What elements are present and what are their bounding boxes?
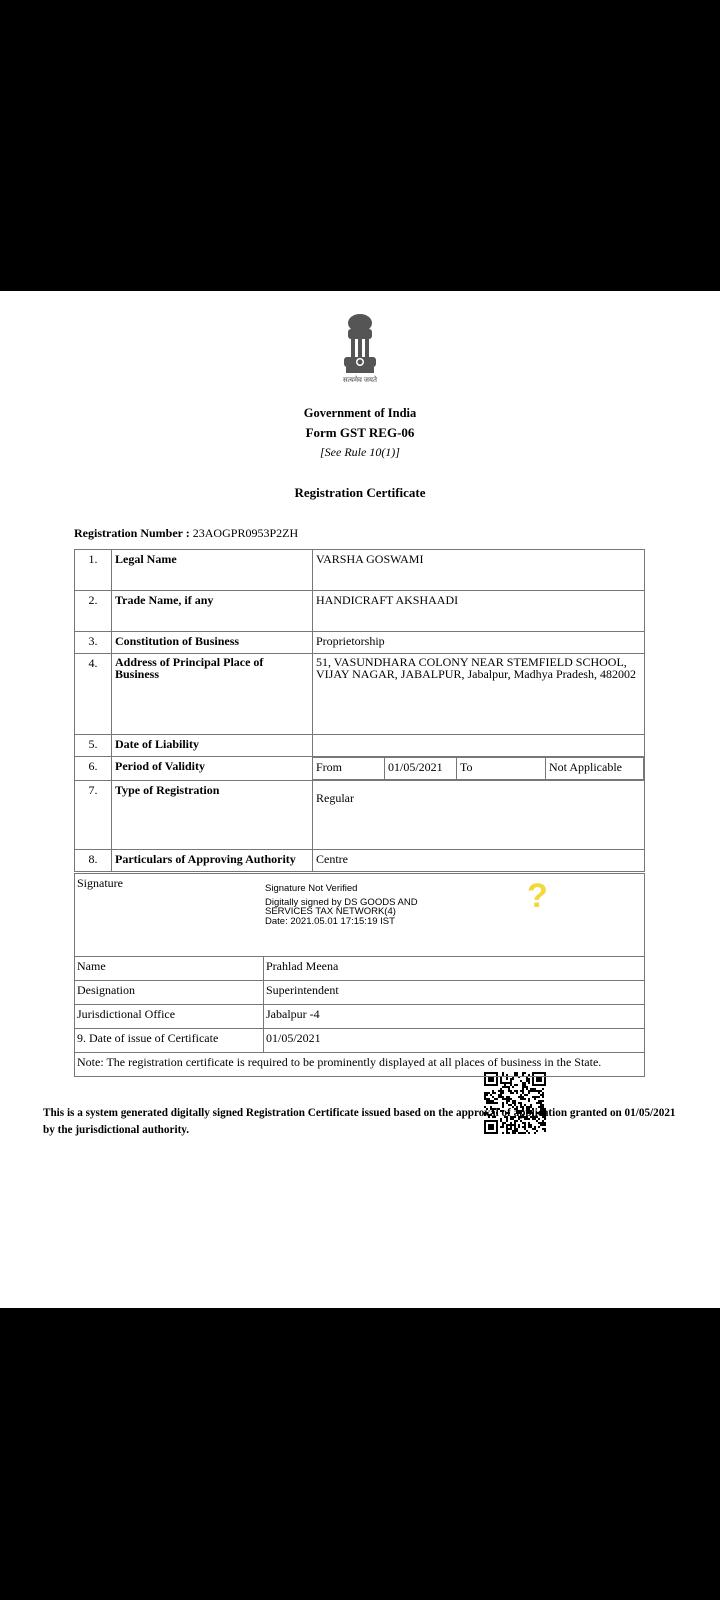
- row-number: 6.: [75, 757, 112, 781]
- registration-type-cell: Regular: [313, 781, 645, 850]
- signature-status: Signature Not Verified: [265, 884, 418, 894]
- to-date: Not Applicable: [546, 758, 644, 780]
- issue-date-value: 01/05/2021: [264, 1029, 645, 1053]
- row-number: 2.: [75, 591, 112, 632]
- row-label: Address of Principal Place of Business: [112, 654, 313, 735]
- table-row: Designation Superintendent: [75, 981, 645, 1005]
- table-row: 4. Address of Principal Place of Busines…: [75, 654, 645, 735]
- row-label: Type of Registration: [112, 781, 313, 850]
- row-label: Trade Name, if any: [112, 591, 313, 632]
- trade-name-value: HANDICRAFT AKSHAADI: [313, 591, 645, 632]
- table-row: 3. Constitution of Business Proprietorsh…: [75, 632, 645, 654]
- row-number: 4.: [75, 654, 112, 735]
- designation-value: Superintendent: [264, 981, 645, 1005]
- jurisdictional-office-value: Jabalpur -4: [264, 1005, 645, 1029]
- table-row: 9. Date of issue of Certificate 01/05/20…: [75, 1029, 645, 1053]
- row-label: Constitution of Business: [112, 632, 313, 654]
- display-note: Note: The registration certificate is re…: [75, 1053, 645, 1077]
- row-label: Period of Validity: [112, 757, 313, 781]
- row-label: Date of Liability: [112, 735, 313, 757]
- signature-date: Date: 2021.05.01 17:15:19 IST: [265, 917, 418, 927]
- certificate-page: सत्यमेव जयते Government of India Form GS…: [0, 291, 720, 1308]
- legal-name-value: VARSHA GOSWAMI: [313, 550, 645, 591]
- to-label: To: [457, 758, 546, 780]
- table-row: Name Prahlad Meena: [75, 957, 645, 981]
- liability-date-value: [313, 735, 645, 757]
- rule-reference: [See Rule 10(1)]: [0, 445, 720, 460]
- table-row: 2. Trade Name, if any HANDICRAFT AKSHAAD…: [75, 591, 645, 632]
- registration-number: Registration Number : 23AOGPR0953P2ZH: [74, 526, 298, 541]
- row-number: 1.: [75, 550, 112, 591]
- from-label: From: [313, 758, 385, 780]
- from-date: 01/05/2021: [385, 758, 457, 780]
- constitution-value: Proprietorship: [313, 632, 645, 654]
- officer-name-label: Name: [75, 957, 264, 981]
- address-value: 51, VASUNDHARA COLONY NEAR STEMFIELD SCH…: [313, 654, 645, 735]
- national-emblem-icon: [336, 311, 384, 381]
- certificate-title: Registration Certificate: [0, 485, 720, 501]
- motto: सत्यमेव जयते: [300, 376, 420, 385]
- issue-date-label: 9. Date of issue of Certificate: [75, 1029, 264, 1053]
- officer-name-value: Prahlad Meena: [264, 957, 645, 981]
- jurisdictional-office-label: Jurisdictional Office: [75, 1005, 264, 1029]
- row-number: 3.: [75, 632, 112, 654]
- row-label: Legal Name: [112, 550, 313, 591]
- system-generated-notice: This is a system generated digitally sig…: [43, 1105, 683, 1139]
- designation-label: Designation: [75, 981, 264, 1005]
- signature-cell: Signature Signature Not Verified Digital…: [75, 874, 645, 957]
- approving-authority-value: Centre: [313, 850, 645, 872]
- details-table: 1. Legal Name VARSHA GOSWAMI 2. Trade Na…: [74, 549, 645, 872]
- validity-table: From 01/05/2021 To Not Applicable: [313, 757, 644, 780]
- registration-number-label: Registration Number :: [74, 526, 190, 540]
- row-number: 8.: [75, 850, 112, 872]
- table-row: 8. Particulars of Approving Authority Ce…: [75, 850, 645, 872]
- signature-table: Signature Signature Not Verified Digital…: [74, 873, 645, 1077]
- registration-type-value: Regular: [316, 791, 641, 806]
- table-row: 7. Type of Registration Regular: [75, 781, 645, 850]
- question-mark-icon[interactable]: ?: [527, 892, 548, 902]
- digital-signature-block: Signature Not Verified Digitally signed …: [265, 884, 418, 926]
- row-label: Particulars of Approving Authority: [112, 850, 313, 872]
- table-row: 6. Period of Validity From 01/05/2021 To…: [75, 757, 645, 781]
- row-number: 5.: [75, 735, 112, 757]
- signature-label: Signature: [77, 876, 123, 890]
- form-title: Form GST REG-06: [0, 425, 720, 441]
- table-row: Jurisdictional Office Jabalpur -4: [75, 1005, 645, 1029]
- row-number: 7.: [75, 781, 112, 850]
- table-row: 5. Date of Liability: [75, 735, 645, 757]
- validity-cell: From 01/05/2021 To Not Applicable: [313, 757, 645, 781]
- government-heading: Government of India: [0, 406, 720, 421]
- table-row: 1. Legal Name VARSHA GOSWAMI: [75, 550, 645, 591]
- registration-number-value: 23AOGPR0953P2ZH: [193, 526, 298, 540]
